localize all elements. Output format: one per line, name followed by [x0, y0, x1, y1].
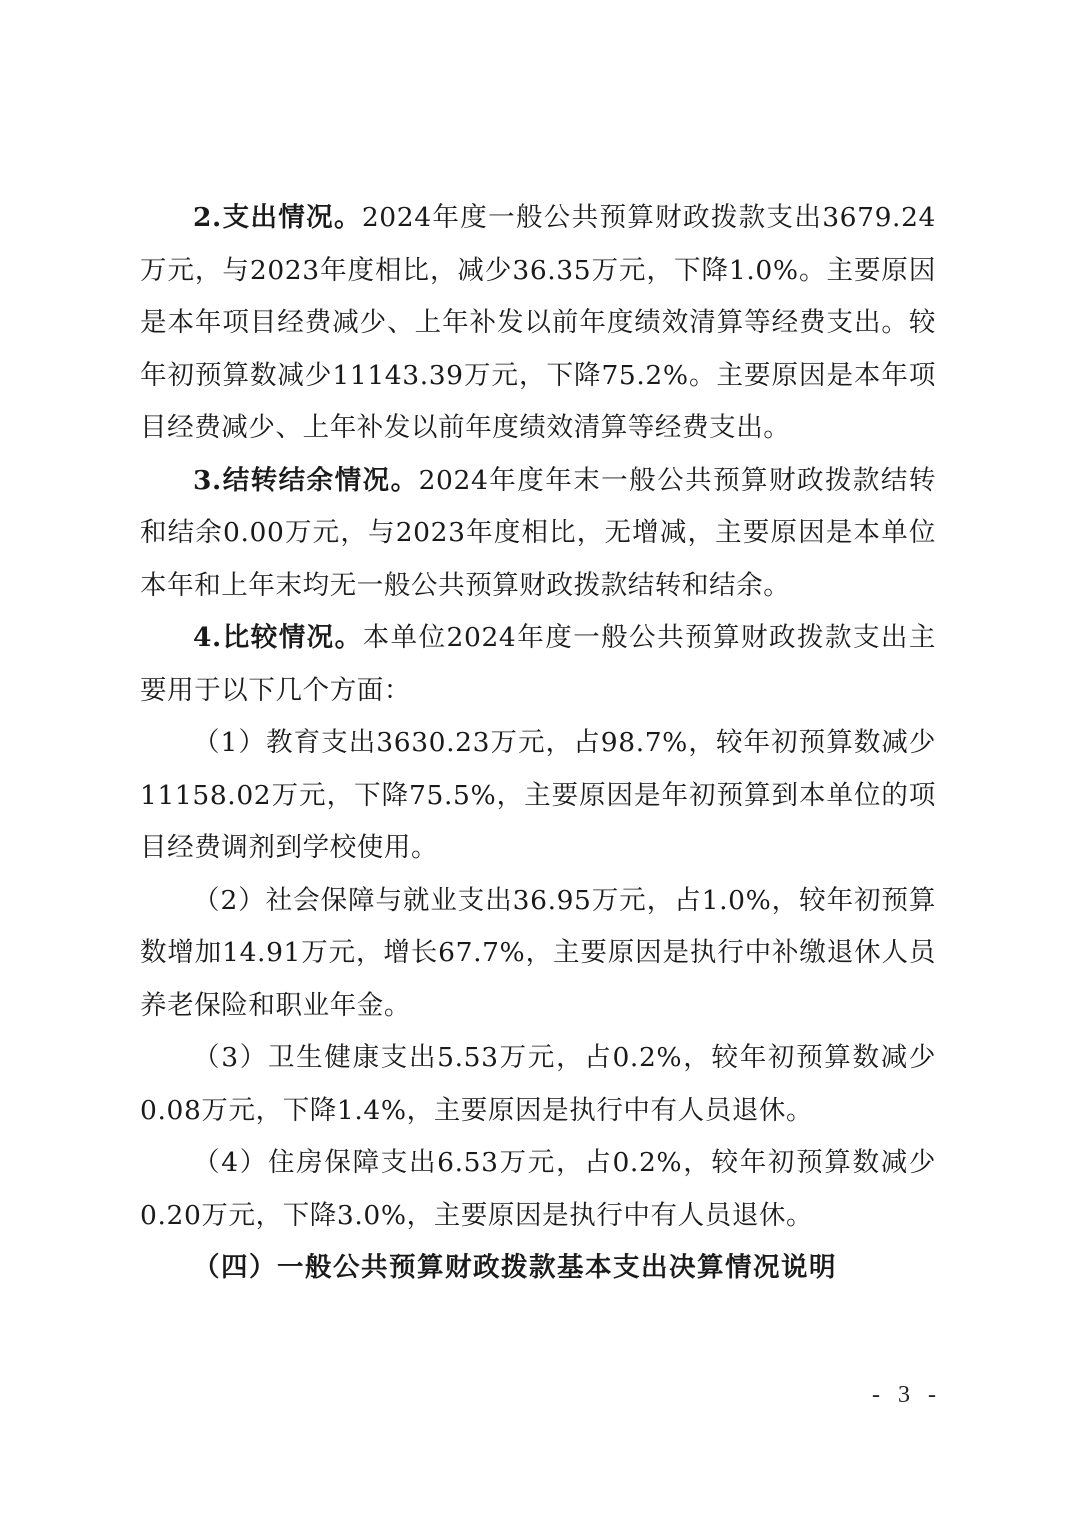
document-body: 2.支出情况。2024年度一般公共预算财政拨款支出3679.24万元，与2023… [140, 192, 936, 1295]
list-item-housing: （4）住房保障支出6.53万元，占0.2%，较年初预算数减少0.20万元，下降3… [140, 1137, 936, 1242]
paragraph-lead: 2.支出情况。 [193, 202, 362, 233]
section-heading: （四）一般公共预算财政拨款基本支出决算情况说明 [140, 1242, 936, 1295]
list-item-education: （1）教育支出3630.23万元，占98.7%，较年初预算数减少11158.02… [140, 717, 936, 875]
list-item-health: （3）卫生健康支出5.53万元，占0.2%，较年初预算数减少0.08万元，下降1… [140, 1032, 936, 1137]
paragraph-expenditure: 2.支出情况。2024年度一般公共预算财政拨款支出3679.24万元，与2023… [140, 192, 936, 455]
paragraph-lead: 3.结转结余情况。 [193, 465, 419, 496]
list-item-text: （4）住房保障支出6.53万元，占0.2%，较年初预算数减少0.20万元，下降3… [140, 1147, 936, 1231]
paragraph-comparison: 4.比较情况。本单位2024年度一般公共预算财政拨款支出主要用于以下几个方面： [140, 612, 936, 717]
page-number: - 3 - [872, 1382, 942, 1409]
paragraph-text: 2024年度一般公共预算财政拨款支出3679.24万元，与2023年度相比，减少… [140, 202, 936, 443]
list-item-social-security: （2）社会保障与就业支出36.95万元，占1.0%，较年初预算数增加14.91万… [140, 875, 936, 1033]
list-item-text: （3）卫生健康支出5.53万元，占0.2%，较年初预算数减少0.08万元，下降1… [140, 1042, 936, 1126]
list-item-text: （1）教育支出3630.23万元，占98.7%，较年初预算数减少11158.02… [140, 727, 936, 863]
list-item-text: （2）社会保障与就业支出36.95万元，占1.0%，较年初预算数增加14.91万… [140, 885, 936, 1021]
paragraph-lead: 4.比较情况。 [193, 622, 363, 653]
paragraph-carryover: 3.结转结余情况。2024年度年末一般公共预算财政拨款结转和结余0.00万元，与… [140, 455, 936, 613]
